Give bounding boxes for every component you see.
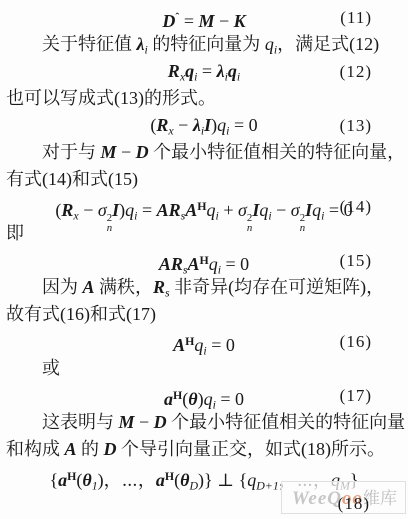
equation-line-eq-11: Dˆ = M − K(11): [6, 4, 402, 31]
math-expression: aH(θ)qi = 0: [164, 382, 244, 418]
equation-line-eq-14: (Rx − σ2nI)qi = ARsAHqi + σ2nIqi − σ2nIq…: [6, 193, 402, 220]
equation-line-eq-12: Rxqi = λiqi(12): [6, 58, 402, 85]
math-expression: ARsAHqi = 0: [159, 247, 249, 283]
equation-number-line: (18): [6, 490, 402, 517]
paragraph-text: 和构成 A 的 D 个导引向量正交，如式(18)所示。: [6, 436, 385, 463]
paragraph-text: 故有式(16)和式(17): [6, 301, 156, 328]
equation-number: (15): [340, 247, 372, 274]
paragraph-text: 即: [6, 220, 24, 247]
paragraph-line-para-4: 有式(14)和式(15): [6, 166, 402, 193]
content-lines: Dˆ = M − K(11)关于特征值 λi 的特征向量为 qi，满足式(12)…: [6, 4, 402, 517]
equation-number: (12): [340, 58, 372, 85]
equation-number: (11): [340, 4, 372, 31]
math-expression: Dˆ = M − K: [162, 4, 245, 35]
equation-number: (17): [340, 382, 372, 409]
equation-number: (16): [340, 328, 372, 355]
equation-line-eq-16: AHqi = 0(16): [6, 328, 402, 355]
paragraph-line-para-10: 和构成 A 的 D 个导引向量正交，如式(18)所示。: [6, 436, 402, 463]
document: Dˆ = M − K(11)关于特征值 λi 的特征向量为 qi，满足式(12)…: [0, 0, 408, 519]
equation-number: (13): [340, 112, 372, 139]
equation-number: (18): [338, 494, 370, 513]
math-expression: (Rx − σ2nI)qi = ARsAHqi + σ2nIqi − σ2nIq…: [55, 193, 352, 234]
page: { "page": { "background": "#fdfdfd", "te…: [0, 0, 408, 519]
equation-line-eq-17: aH(θ)qi = 0(17): [6, 382, 402, 409]
paragraph-text: 或: [42, 355, 60, 382]
math-expression: Rxqi = λiqi: [168, 58, 240, 90]
equation-number: (14): [340, 193, 372, 220]
paragraph-text: 有式(14)和式(15): [6, 166, 138, 193]
equation-line-eq-15: ARsAHqi = 0(15): [6, 247, 402, 274]
math-expression: AHqi = 0: [173, 328, 235, 364]
math-expression: (Rx − λiI)qi = 0: [150, 112, 257, 144]
equation-line-eq-13: (Rx − λiI)qi = 0(13): [6, 112, 402, 139]
